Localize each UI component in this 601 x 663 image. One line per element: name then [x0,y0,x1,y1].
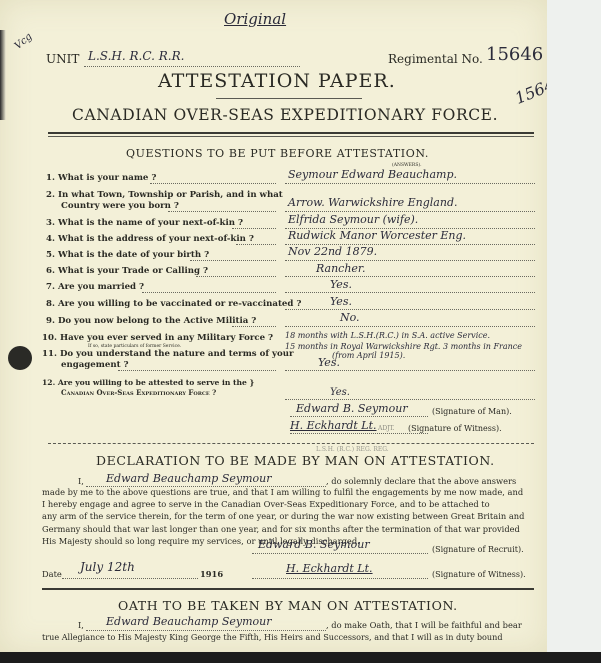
date-year: 1916 [200,569,223,579]
scan-bottom-edge [0,652,601,663]
a7-dotline [285,292,535,293]
q3-dotline [232,228,276,229]
question-2-line2: Country were you born ? [61,201,179,211]
question-8: 8. Are you willing to be vaccinated or r… [46,299,301,309]
section-divider-1 [48,443,534,444]
answer-11: Yes. [318,356,340,369]
question-1: 1. What is your name ? [46,173,156,183]
declaration-line: made by me to the above questions are tr… [42,486,534,498]
regimental-label: Regimental No. [388,52,483,66]
page-edge-shadow [0,30,6,120]
question-11: 11. Do you understand the nature and ter… [42,349,294,359]
a11-dotline [285,370,535,371]
signature-of-recruit-label: (Signature of Recruit). [432,545,524,554]
date-value: July 12th [80,560,135,574]
a6-dotline [285,276,535,277]
declaration-witness-signature: H. Eckhardt Lt. [286,562,373,575]
question-3: 3. What is the name of your next-of-kin … [46,218,243,228]
date-dotline [62,578,198,579]
oath-prefix: I, [78,620,84,630]
attestation-paper: Original Vcg UNIT L.S.H. R.C. R.R. Regim… [0,0,547,652]
a8-dotline [285,309,535,310]
signature-of-man-label: (Signature of Man). [432,407,512,416]
a12-dotline [285,399,535,400]
oath-name: Edward Beauchamp Seymour [106,615,272,628]
question-4: 4. What is the address of your next-of-k… [46,234,254,244]
q11-dotline [118,370,276,371]
answer-7: Yes. [330,278,352,291]
q5-dotline [190,260,276,261]
sig-witness2-dotline [252,578,428,579]
question-11-line2: engagement ? [61,360,129,370]
signature-of-witness: H. Eckhardt Lt. [290,419,377,432]
regimental-value: 15646 [486,44,543,65]
witness-stamp: ADJT. [378,425,395,432]
unit-dotline [84,66,300,67]
unit-value: L.S.H. R.C. R.R. [88,49,184,63]
q6-dotline [196,276,276,277]
date-label: Date [42,569,62,579]
q4-dotline [236,244,276,245]
header-rule [48,132,534,134]
answer-8: Yes. [330,295,352,308]
declaration-witness-label: (Signature of Witness). [432,570,526,579]
answer-10-line3: (from April 1915). [332,351,405,360]
signature-of-recruit: Edward B. Seymour [258,538,370,551]
unit-label: UNIT [46,52,79,66]
oath-line1-suffix: , do make Oath, that I will be faithful … [326,620,522,630]
declaration-line: Germany should that war last longer than… [42,523,534,535]
question-12-line2: Canadian Over-Seas Expeditionary Force ? [61,388,216,397]
section-divider-2 [42,588,534,590]
declaration-line: I hereby engage and agree to serve in th… [42,498,534,510]
q9-dotline [232,326,276,327]
q2-dotline [168,211,276,212]
questions-heading: QUESTIONS TO BE PUT BEFORE ATTESTATION. [126,147,429,160]
question-7: 7. Are you married ? [46,282,144,292]
answer-12: Yes. [330,387,350,398]
answer-10-line2: 15 months in Royal Warwickshire Rgt. 3 m… [285,342,522,351]
q7-dotline [142,292,276,293]
oath-heading: OATH TO BE TAKEN BY MAN ON ATTESTATION. [118,598,458,613]
question-9: 9. Do you now belong to the Active Milit… [46,316,256,326]
oath-line2: true Allegiance to His Majesty King Geor… [42,632,503,642]
stamp-below: L.S.H. (R.C.) REG. REG. [316,446,389,453]
header-rule-2 [48,136,534,137]
scan-right-margin [547,0,601,663]
declaration-heading: DECLARATION TO BE MADE BY MAN ON ATTESTA… [96,453,495,468]
question-6: 6. What is your Trade or Calling ? [46,266,208,276]
punch-hole [8,346,32,370]
answer-3: Elfrida Seymour (wife). [288,213,418,226]
declaration-line: any arm of the service therein, for the … [42,510,534,522]
answer-9: No. [340,311,360,324]
declaration-line1-suffix: , do solemnly declare that the above ans… [326,476,516,486]
answer-2: Arrow. Warwickshire England. [288,196,457,209]
page-title: ATTESTATION PAPER. [158,70,396,92]
page-subtitle: CANADIAN OVER-SEAS EXPEDITIONARY FORCE. [72,106,498,124]
declaration-name: Edward Beauchamp Seymour [106,472,272,485]
q1-dotline [150,183,276,184]
signature-of-man: Edward B. Seymour [296,402,408,415]
declaration-prefix: I, [78,476,84,486]
answer-4: Rudwick Manor Worcester Eng. [288,229,466,242]
a5-dotline [285,260,535,261]
answer-1: Seymour Edward Beauchamp. [288,168,457,181]
answer-5: Nov 22nd 1879. [288,245,377,258]
answer-10: 18 months with L.S.H.(R.C.) in S.A. acti… [285,331,490,340]
sig-recruit-dotline [252,553,428,554]
left-margin-annotation: Vcg [13,31,35,52]
question-12: 12. Are you willing to be attested to se… [42,378,254,387]
a9-dotline [285,326,535,327]
oath-name-dotline [86,630,326,631]
a1-dotline [285,183,535,184]
sig-witness-dotline [290,433,428,434]
answer-6: Rancher. [316,262,365,275]
a2-dotline [285,211,535,212]
question-5: 5. What is the date of your birth ? [46,250,209,260]
question-2: 2. In what Town, Township or Parish, and… [46,190,283,200]
original-annotation: Original [224,10,286,28]
sig-man-dotline [290,416,428,417]
title-underline [216,98,362,99]
question-10: 10. Have you ever served in any Military… [42,333,273,343]
signature-of-witness-label: (Signature of Witness). [408,424,502,433]
